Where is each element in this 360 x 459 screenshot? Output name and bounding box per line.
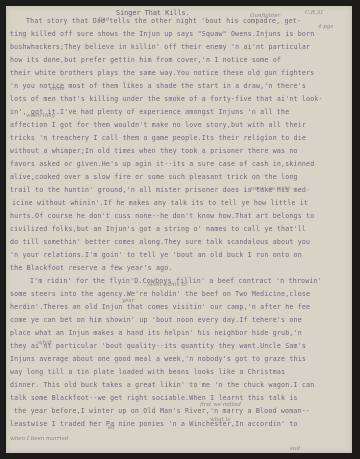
text-line: alive,cooked over a slow fire or some su…: [10, 173, 298, 181]
pencil-annotation: Mom wants to: [147, 282, 187, 288]
text-line: bushwhackers;They believe in killin' off…: [10, 43, 310, 51]
text-line: they ai'nt particular 'bout quality--its…: [10, 342, 306, 350]
text-line: Injuns average about one good meal a wee…: [10, 355, 306, 363]
pencil-annotation: what is: [210, 417, 230, 423]
text-line: tricks 'n treachery I call them a game p…: [10, 134, 306, 142]
text-line: 'n your relations.I'm goin' to tell ye '…: [10, 251, 302, 259]
text-line: ting killed off sure shows the Injun up …: [10, 30, 314, 38]
typewritten-page: Singer That Kills. That story that Dad t…: [6, 6, 352, 453]
text-line: hurts.Of course he don't cuss none--he d…: [10, 212, 314, 220]
pencil-annotation: suit: [290, 446, 300, 452]
text-line: leastwise I traded her Pa nine ponies 'n…: [10, 420, 298, 428]
text-line: dinner. This old buck takes a great liki…: [10, 381, 314, 389]
pencil-annotation: some: [50, 86, 65, 92]
pencil-annotation: first we mitted: [200, 402, 241, 408]
pencil-annotation: when they: [26, 113, 55, 119]
pencil-annotation: 4 pgs: [318, 24, 333, 30]
pencil-annotation: ed: [108, 425, 115, 431]
pencil-annotation: some, go right: [250, 186, 290, 192]
text-line: favors asked or given.He's up agin it--i…: [10, 160, 314, 168]
text-line: talk some Blackfoot--we get right sociab…: [10, 394, 298, 402]
pencil-annotation: Gunfighter: [250, 13, 280, 19]
text-line: their white brothers plays the same way.…: [10, 69, 314, 77]
pencil-annotation: what: [38, 340, 52, 346]
document-title: Singer That Kills.: [116, 9, 190, 17]
text-line: affection I got for them wouldn't make n…: [10, 121, 306, 129]
text-line: the Blackfoot reserve a few year's ago.: [10, 264, 173, 272]
pencil-annotation: Dad: [98, 17, 109, 23]
pencil-annotation: when I been married: [10, 436, 68, 442]
pencil-annotation: C.R.31: [305, 10, 324, 16]
text-line: the year before,I winter up on Old Man's…: [14, 407, 310, 415]
text-line: lots of men that's killing under the smo…: [10, 95, 323, 103]
text-line: come ye can bet on him showin' up 'bout …: [10, 316, 302, 324]
text-line: way long till a tin plate loaded with be…: [10, 368, 285, 376]
text-line: civilized folks,but an Injun's got a str…: [10, 225, 306, 233]
text-line: some steers into the agency.We're holdin…: [10, 290, 310, 298]
text-line: do till somethin' better comes along.The…: [10, 238, 310, 246]
text-line: without a whimper;In old times when they…: [10, 147, 298, 155]
text-line: herdin'.Theres an old Injun that comes v…: [10, 303, 310, 311]
text-line: place what an Injun makes a hand its hel…: [10, 329, 302, 337]
text-line: how its done,but prefer gettin him from …: [10, 56, 281, 64]
text-line: icine without whinin'.If he makes any ta…: [12, 199, 308, 207]
pencil-annotation: year: [122, 298, 134, 304]
